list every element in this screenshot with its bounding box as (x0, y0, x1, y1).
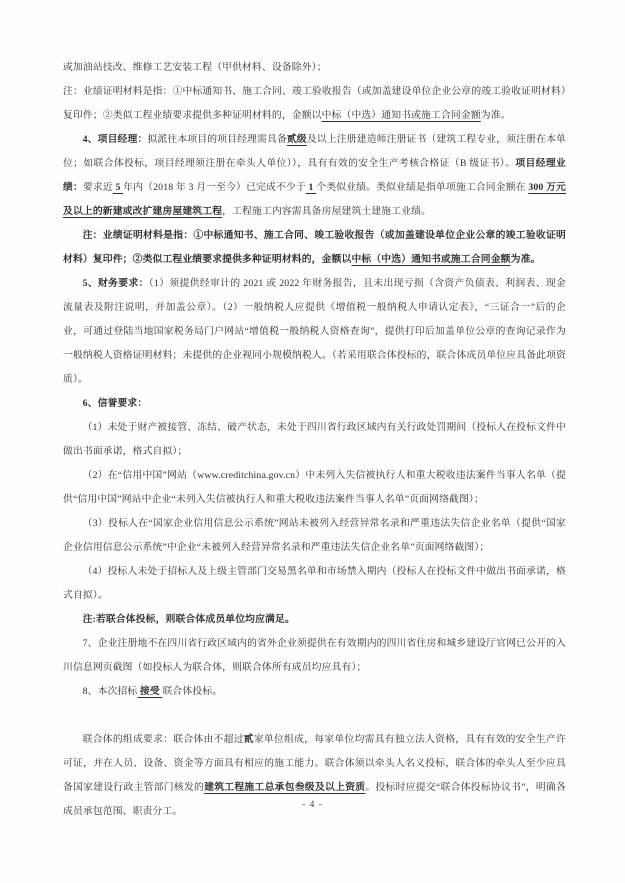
document-page: 或加油站技改、维修工艺安装工程（甲供材料、设备除外）；注：业绩证明材料是指：①中… (0, 0, 625, 883)
paragraph-spacer (63, 704, 566, 728)
text-run: （4）投标人未处于招标人及上级主管部门交易黑名单和市场禁入期内（投标人在投标文件… (63, 566, 566, 601)
text-run: （2）在“信用中国”网站（www.creditchina.gov.cn）中未列入… (63, 470, 566, 505)
text-run: 年内（2018 年 3 月一至今）已完成不少于 (123, 182, 306, 193)
text-run: 4、项目经理： (83, 134, 148, 145)
text-run: 拟派往本项目的项目经理需具备 (147, 134, 287, 145)
text-run: 联合体的组成要求：联合体由不超过 (83, 734, 244, 745)
text-run: 5 (113, 182, 123, 193)
para-clause-8-consortium-accepted: 8、本次招标 接受 联合体投标。 (63, 680, 566, 704)
text-run: 8、本次招标 (83, 686, 138, 697)
text-run: （1）未处于财产被接管、冻结、破产状态，未处于四川省行政区域内有关行政处罚期间（… (63, 422, 566, 457)
para-clause-4-project-manager: 4、项目经理：拟派往本项目的项目经理需具备贰级及以上注册建造师注册证书（建筑工程… (63, 128, 566, 224)
para-note-consortium-satisfy: 注:若联合体投标，则联合体成员单位均应满足。 (63, 608, 566, 632)
para-scope-exclusion: 或加油站技改、维修工艺安装工程（甲供材料、设备除外）； (63, 56, 566, 80)
text-run: （3）投标人在“国家企业信用信息公示系统”网站未被列入经营异常名录和严重违法失信… (63, 518, 566, 553)
text-run: 联合体投标。 (162, 686, 222, 697)
para-clause-7-out-of-province: 7、企业注册地不在四川省行政区域内的省外企业须提供在有效期内的四川省住房和城乡建… (63, 632, 566, 680)
text-run: 贰级 (287, 134, 307, 145)
text-run: 中标（中选）通知书或施工合同金额 (351, 254, 510, 265)
text-run: 为准。 (511, 254, 541, 265)
text-run: 建筑工程施工总承包叁级及以上资质 (204, 782, 365, 793)
page-number: - 4 - (0, 800, 625, 810)
para-clause-6-reputation: 6、信誉要求： (63, 392, 566, 416)
para-reputation-item-2: （2）在“信用中国”网站（www.creditchina.gov.cn）中未列入… (63, 464, 566, 512)
text-run: ，工程施工内容需具备房屋建筑土建施工业绩。 (222, 206, 431, 217)
document-body: 或加油站技改、维修工艺安装工程（甲供材料、设备除外）；注：业绩证明材料是指：①中… (63, 56, 566, 824)
text-run: 1 (306, 182, 316, 193)
text-run: 注:若联合体投标，则联合体成员单位均应满足。 (83, 614, 295, 625)
text-run: 或加油站技改、维修工艺安装工程（甲供材料、设备除外）； (63, 62, 327, 73)
text-run: 要求近 (83, 182, 113, 193)
text-run: 个类似业绩。类似业绩是指单项施工合同金额在 (316, 182, 528, 193)
text-run: （1）须提供经审计的 2021 或 2022 年财务报告，且未出现亏损（含资产负… (63, 278, 566, 385)
para-reputation-item-4: （4）投标人未处于招标人及上级主管部门交易黑名单和市场禁入期内（投标人在投标文件… (63, 560, 566, 608)
text-run: 6、信誉要求： (83, 398, 148, 409)
para-note-performance-materials-bold: 注：业绩证明材料是指：①中标通知书、施工合同、竣工验收报告（或加盖建设单位企业公… (63, 224, 566, 272)
text-run: 贰 (244, 734, 254, 745)
text-run: 为准。 (481, 110, 511, 121)
para-note-performance-materials: 注：业绩证明材料是指：①中标通知书、施工合同、竣工验收报告（或加盖建设单位企业公… (63, 80, 566, 128)
para-reputation-item-1: （1）未处于财产被接管、冻结、破产状态，未处于四川省行政区域内有关行政处罚期间（… (63, 416, 566, 464)
para-reputation-item-3: （3）投标人在“国家企业信用信息公示系统”网站未被列入经营异常名录和严重违法失信… (63, 512, 566, 560)
text-run: 5、财务要求： (83, 278, 149, 289)
para-clause-5-financial: 5、财务要求：（1）须提供经审计的 2021 或 2022 年财务报告，且未出现… (63, 272, 566, 392)
text-run: 7、企业注册地不在四川省行政区域内的省外企业须提供在有效期内的四川省住房和城乡建… (63, 638, 566, 673)
text-run: 中标（中选）通知书或施工合同金额 (322, 110, 481, 121)
text-run: 接受 (137, 686, 162, 697)
